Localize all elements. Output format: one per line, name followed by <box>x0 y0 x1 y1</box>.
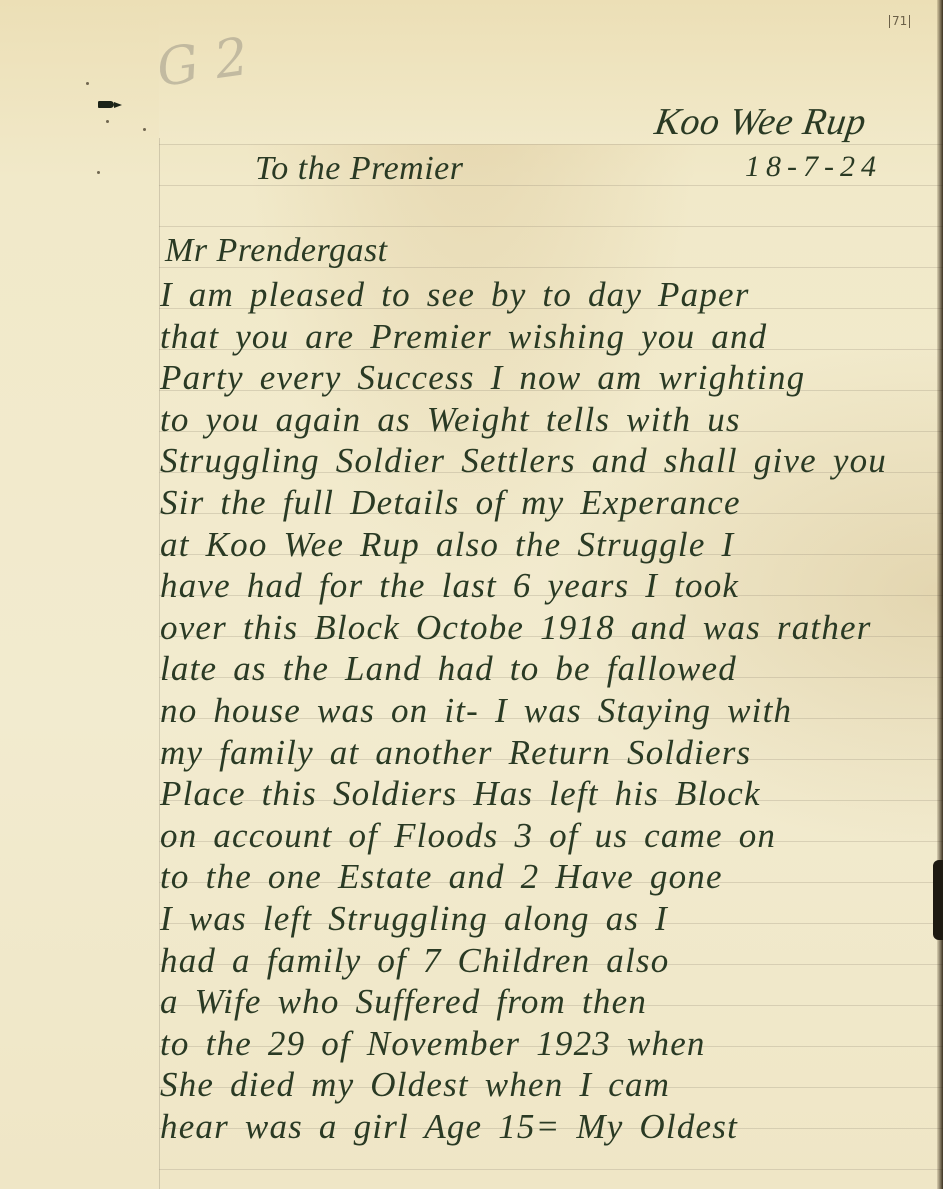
letter-date: 18-7-24 <box>745 150 882 184</box>
body-line: to the one Estate and 2 Have gone <box>160 856 940 898</box>
letter-page: 71 G 2 Koo Wee Rup To the Premier 18-7-2… <box>0 0 943 1189</box>
body-line: late as the Land had to be fallowed <box>160 648 940 690</box>
letter-place: Koo Wee Rup <box>652 100 869 144</box>
body-line: my family at another Return Soldiers <box>160 732 940 774</box>
body-line: that you are Premier wishing you and <box>160 316 940 358</box>
body-line: to the 29 of November 1923 when <box>160 1023 940 1065</box>
body-line: Place this Soldiers Has left his Block <box>160 773 940 815</box>
body-line: have had for the last 6 years I took <box>160 565 940 607</box>
body-line: over this Block Octobe 1918 and was rath… <box>160 607 940 649</box>
paper-speck <box>106 120 109 123</box>
body-line: Struggling Soldier Settlers and shall gi… <box>160 440 940 482</box>
body-line: Party every Success I now am wrighting <box>160 357 940 399</box>
paper-speck <box>86 82 89 85</box>
body-line: She died my Oldest when I cam <box>160 1064 940 1106</box>
paper-speck <box>97 171 100 174</box>
ink-blot <box>98 101 114 108</box>
body-line: at Koo Wee Rup also the Struggle I <box>160 524 940 566</box>
body-line: Sir the full Details of my Experance <box>160 482 940 524</box>
paper-speck <box>143 128 146 131</box>
body-line: a Wife who Suffered from then <box>160 981 940 1023</box>
pencil-annotation: G 2 <box>153 27 252 99</box>
letter-body: I am pleased to see by to day Paper that… <box>160 274 940 1147</box>
body-line: to you again as Weight tells with us <box>160 399 940 441</box>
body-line: hear was a girl Age 15= My Oldest <box>160 1106 940 1148</box>
archive-folio-number: 71 <box>889 15 910 28</box>
letter-salutation: Mr Prendergast <box>165 232 388 270</box>
body-line: I was left Struggling along as I <box>160 898 940 940</box>
body-line: I am pleased to see by to day Paper <box>160 274 940 316</box>
body-line: on account of Floods 3 of us came on <box>160 815 940 857</box>
letter-recipient: To the Premier <box>255 150 463 188</box>
body-line: no house was on it- I was Staying with <box>160 690 940 732</box>
body-line: had a family of 7 Children also <box>160 940 940 982</box>
